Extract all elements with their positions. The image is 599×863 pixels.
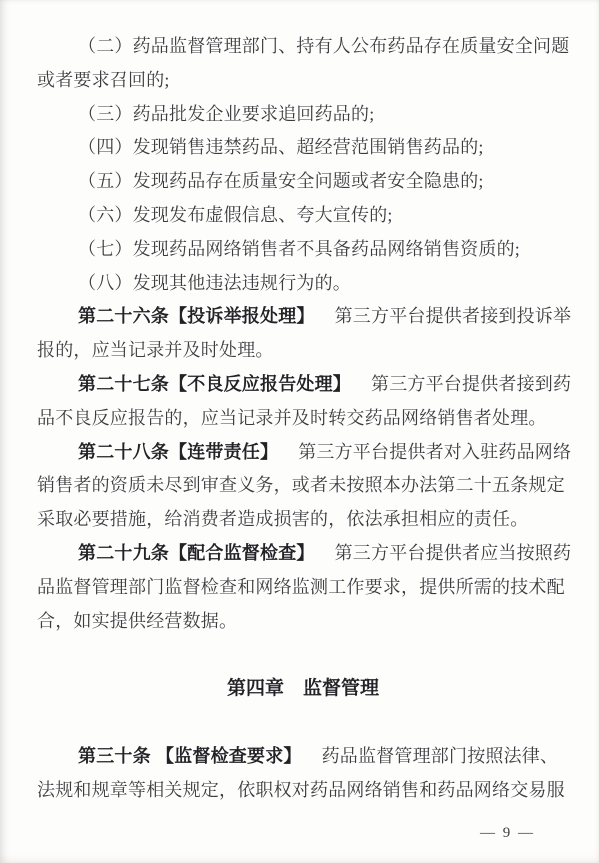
article-29-continuation-1: 品监督管理部门监督检查和网络监测工作要求，提供所需的技术配 bbox=[37, 571, 569, 605]
list-item-5: （五）发现药品存在质量安全问题或者安全隐患的; bbox=[37, 165, 569, 199]
article-29-continuation-2: 合，如实提供经营数据。 bbox=[37, 605, 569, 639]
article-30-title: 第三十条 【监督检查要求】 bbox=[78, 746, 302, 766]
article-27-title: 第二十七条【不良反应报告处理】 bbox=[78, 374, 351, 394]
list-item-6: （六）发现发布虚假信息、夸大宣传的; bbox=[37, 199, 569, 233]
article-29-title: 第二十九条【配合监督检查】 bbox=[78, 543, 315, 563]
article-27-continuation: 品不良反应报告的，应当记录并及时转交药品网络销售者处理。 bbox=[37, 402, 569, 436]
article-28-text: 第三方平台提供者对入驻药品网络 bbox=[278, 442, 571, 462]
article-28-line: 第二十八条【连带责任】第三方平台提供者对入驻药品网络 bbox=[37, 436, 569, 470]
article-26-title: 第二十六条【投诉举报处理】 bbox=[78, 306, 315, 326]
list-item-4: （四）发现销售违禁药品、超经营范围销售药品的; bbox=[37, 131, 569, 165]
article-29-text: 第三方平台提供者应当按照药 bbox=[315, 543, 572, 563]
list-item-8: （八）发现其他违法违规行为的。 bbox=[37, 267, 569, 301]
page-number: — 9 — bbox=[480, 825, 535, 842]
list-item-2-continuation: 或者要求召回的; bbox=[37, 64, 569, 98]
article-28-continuation-1: 销售者的资质未尽到审查义务，或者未按照本办法第二十五条规定 bbox=[37, 469, 569, 503]
list-item-7: （七）发现药品网络销售者不具备药品网络销售资质的; bbox=[37, 233, 569, 267]
article-28-continuation-2: 采取必要措施，给消费者造成损害的，依法承担相应的责任。 bbox=[37, 503, 569, 537]
document-page: （二）药品监督管理部门、持有人公布药品存在质量安全问题 或者要求召回的; （三）… bbox=[0, 0, 599, 863]
article-26-continuation: 报的，应当记录并及时处理。 bbox=[37, 334, 569, 368]
article-27-text: 第三方平台提供者接到药 bbox=[351, 374, 571, 394]
article-27-line: 第二十七条【不良反应报告处理】第三方平台提供者接到药 bbox=[37, 368, 569, 402]
chapter-heading: 第四章 监督管理 bbox=[37, 672, 569, 706]
article-30-continuation: 法规和规章等相关规定，依职权对药品网络销售和药品网络交易服 bbox=[37, 774, 569, 808]
article-26-text: 第三方平台提供者接到投诉举 bbox=[315, 306, 572, 326]
document-body: （二）药品监督管理部门、持有人公布药品存在质量安全问题 或者要求召回的; （三）… bbox=[0, 0, 599, 807]
list-item-3: （三）药品批发企业要求追回药品的; bbox=[37, 98, 569, 132]
article-26-line: 第二十六条【投诉举报处理】第三方平台提供者接到投诉举 bbox=[37, 300, 569, 334]
list-item-2: （二）药品监督管理部门、持有人公布药品存在质量安全问题 bbox=[37, 30, 569, 64]
article-28-title: 第二十八条【连带责任】 bbox=[78, 442, 278, 462]
article-30-line: 第三十条 【监督检查要求】药品监督管理部门按照法律、 bbox=[37, 740, 569, 774]
article-29-line: 第二十九条【配合监督检查】第三方平台提供者应当按照药 bbox=[37, 537, 569, 571]
article-30-text: 药品监督管理部门按照法律、 bbox=[302, 746, 559, 766]
